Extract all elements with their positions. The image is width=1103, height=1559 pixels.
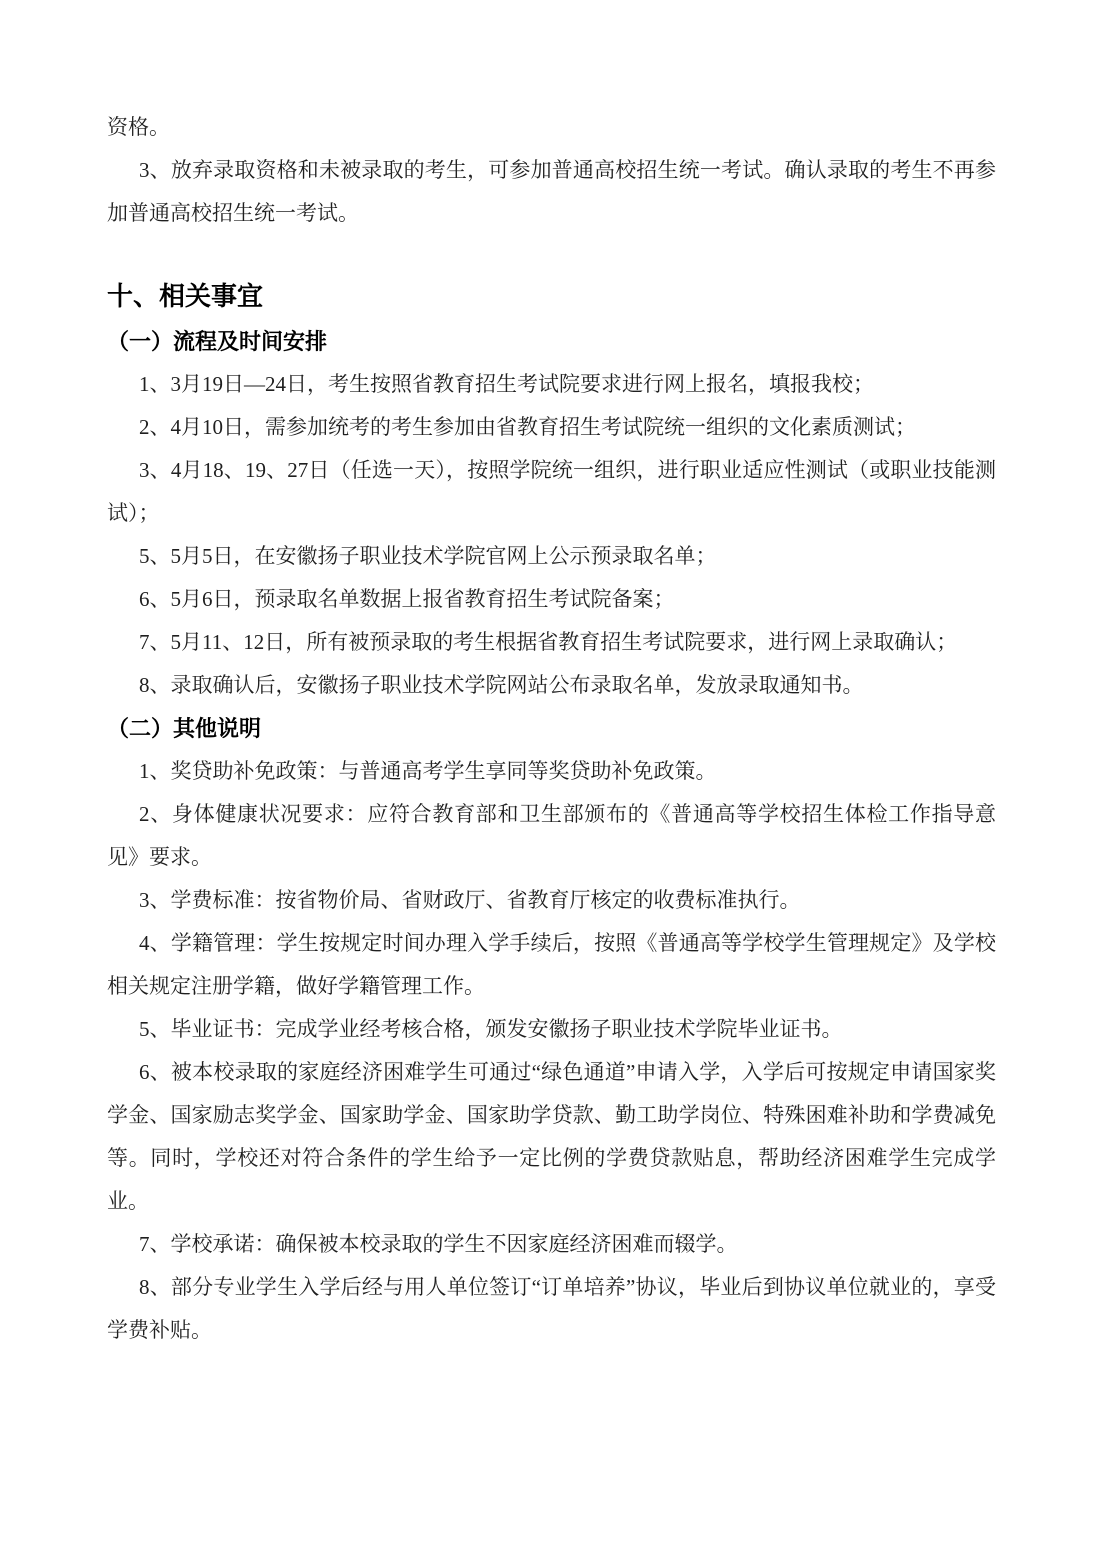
paragraph-intro-item-3: 3、放弃录取资格和未被录取的考生，可参加普通高校招生统一考试。确认录取的考生不再… [107,149,996,235]
list-item: 7、5月11、12日，所有被预录取的考生根据省教育招生考试院要求，进行网上录取确… [107,621,996,664]
section-heading-related-matters: 十、相关事宜 [107,272,996,320]
list-item: 3、学费标准：按省物价局、省财政厅、省教育厅核定的收费标准执行。 [107,879,996,922]
paragraph-continuation: 资格。 [107,106,996,149]
document-page: 资格。 3、放弃录取资格和未被录取的考生，可参加普通高校招生统一考试。确认录取的… [0,0,1103,1559]
list-item: 6、被本校录取的家庭经济困难学生可通过“绿色通道”申请入学，入学后可按规定申请国… [107,1051,996,1223]
list-item: 8、录取确认后，安徽扬子职业技术学院网站公布录取名单，发放录取通知书。 [107,664,996,707]
list-item: 1、3月19日—24日，考生按照省教育招生考试院要求进行网上报名，填报我校； [107,363,996,406]
list-item: 5、毕业证书：完成学业经考核合格，颁发安徽扬子职业技术学院毕业证书。 [107,1008,996,1051]
subsection-title-other-notes: （二）其他说明 [107,707,996,750]
list-item: 8、部分专业学生入学后经与用人单位签订“订单培养”协议，毕业后到协议单位就业的，… [107,1266,996,1352]
list-item: 1、奖贷助补免政策：与普通高考学生享同等奖贷助补免政策。 [107,750,996,793]
list-item: 4、学籍管理：学生按规定时间办理入学手续后，按照《普通高等学校学生管理规定》及学… [107,922,996,1008]
list-item: 2、身体健康状况要求：应符合教育部和卫生部颁布的《普通高等学校招生体检工作指导意… [107,793,996,879]
list-item: 5、5月5日，在安徽扬子职业技术学院官网上公示预录取名单； [107,535,996,578]
list-item: 7、学校承诺：确保被本校录取的学生不因家庭经济困难而辍学。 [107,1223,996,1266]
list-item: 2、4月10日，需参加统考的考生参加由省教育招生考试院统一组织的文化素质测试； [107,406,996,449]
list-item: 3、4月18、19、27日（任选一天），按照学院统一组织，进行职业适应性测试（或… [107,449,996,535]
list-item: 6、5月6日，预录取名单数据上报省教育招生考试院备案； [107,578,996,621]
subsection-title-process-schedule: （一）流程及时间安排 [107,320,996,363]
